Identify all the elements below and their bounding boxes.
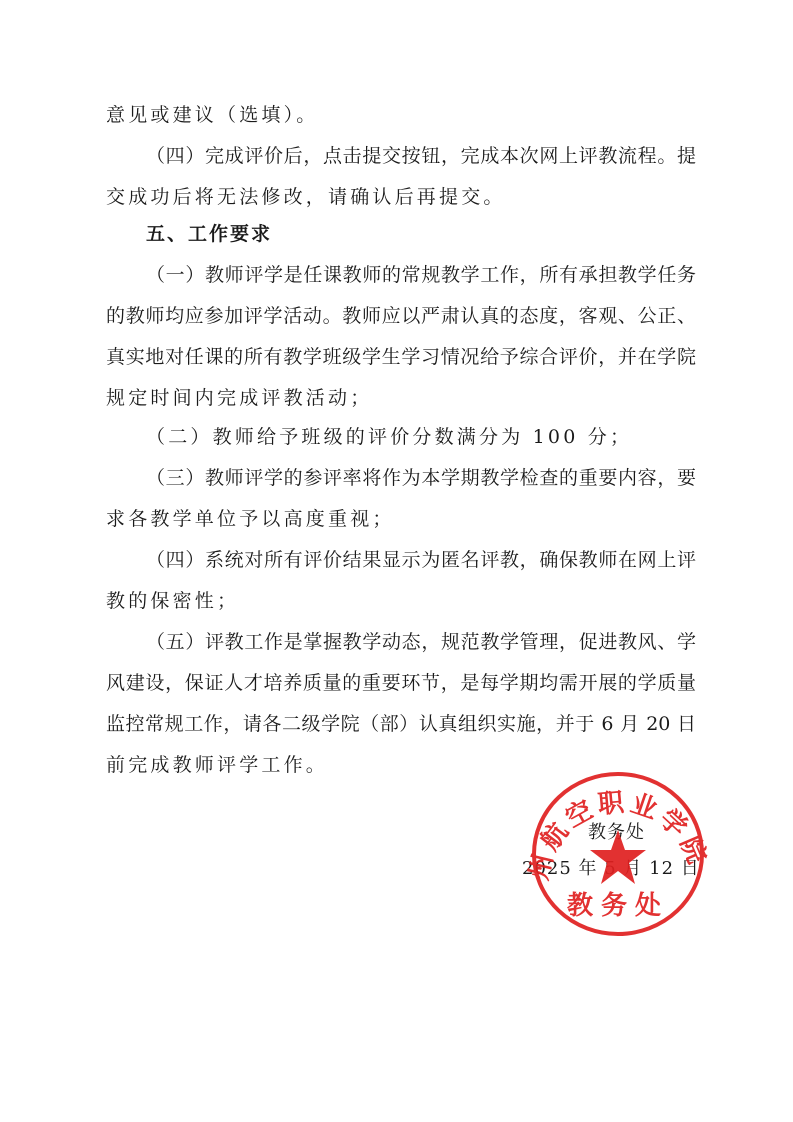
text-line-3: 交成功后将无法修改，请确认后再提交。 xyxy=(106,185,696,209)
text-line-2: （四）完成评价后，点击提交按钮，完成本次网上评教流程。提 xyxy=(146,144,696,168)
text-line-8: 规定时间内完成评教活动； xyxy=(106,386,696,410)
seal-center-text: 教务处 xyxy=(567,890,669,921)
text-line-7: 真实地对任课的所有教学班级学生学习情况给予综合评价，并在学院 xyxy=(106,345,696,369)
document-page: 意见或建议（选填）。 （四）完成评价后，点击提交按钮，完成本次网上评教流程。提 … xyxy=(0,0,793,1122)
text-line-5: （一）教师评学是任课教师的常规教学工作，所有承担教学任务 xyxy=(146,263,696,287)
text-line-17: 前完成教师评学工作。 xyxy=(106,753,696,777)
section-heading: 五、工作要求 xyxy=(146,222,736,246)
text-line-13: 教的保密性； xyxy=(106,589,696,613)
signature-date: 2025 年 5 月 12 日 xyxy=(522,854,700,880)
text-line-11: 求各教学单位予以高度重视； xyxy=(106,507,696,531)
text-line-9: （二）教师给予班级的评价分数满分为 100 分； xyxy=(146,425,736,449)
text-line-12: （四）系统对所有评价结果显示为匿名评教，确保教师在网上评 xyxy=(146,548,696,572)
text-line-14: （五）评教工作是掌握教学动态，规范教学管理，促进教风、学 xyxy=(146,630,696,654)
text-line-10: （三）教师评学的参评率将作为本学期教学检查的重要内容，要 xyxy=(146,466,696,490)
text-line-16: 监控常规工作，请各二级学院（部）认真组织实施，并于 6 月 20 日 xyxy=(106,712,696,736)
text-line-15: 风建设，保证人才培养质量的重要环节，是每学期均需开展的学质量 xyxy=(106,671,696,695)
text-line-6: 的教师均应参加评学活动。教师应以严肃认真的态度，客观、公正、 xyxy=(106,304,696,328)
official-seal: 州航空职业学院 教务处 xyxy=(512,768,712,938)
signer-name: 教务处 xyxy=(588,818,645,844)
text-line-1: 意见或建议（选填）。 xyxy=(106,103,696,127)
